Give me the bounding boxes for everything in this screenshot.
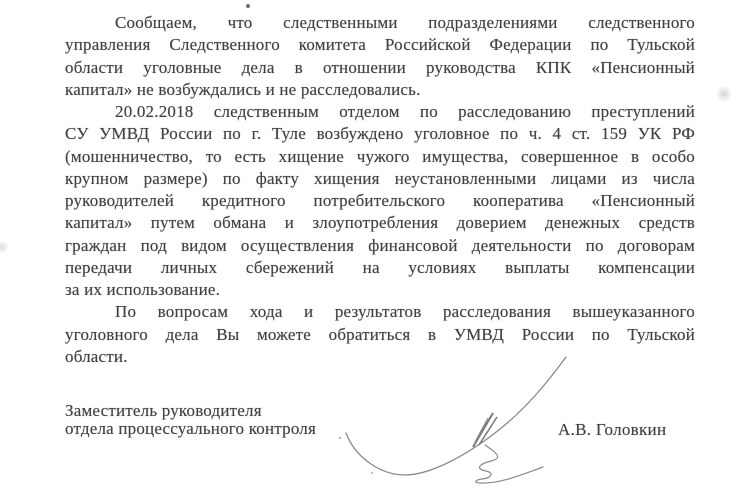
letter-body: Сообщаем, что следственными подразделени… (65, 12, 695, 368)
paragraph-no-cases: Сообщаем, что следственными подразделени… (65, 12, 695, 101)
text-line: граждан под видом осуществления финансов… (65, 235, 695, 257)
handwritten-signature (325, 345, 595, 490)
text-line: передачи личных сбережений на условиях в… (65, 257, 695, 279)
text-line: крупном размере) по факту хищения неуста… (65, 168, 695, 190)
paragraph-criminal-case: 20.02.2018 следственным отделом по рассл… (65, 101, 695, 301)
text-line: капитал» не возбуждались и не расследова… (65, 79, 695, 101)
text-line: 20.02.2018 следственным отделом по рассл… (65, 101, 695, 123)
text-line: области уголовные дела в отношении руков… (65, 57, 695, 79)
scan-smudge (716, 86, 732, 102)
text-line: По вопросам хода и результатов расследов… (65, 301, 695, 323)
text-line: (мошенничество, то есть хищение чужого и… (65, 146, 695, 168)
document-page: Сообщаем, что следственными подразделени… (0, 0, 745, 494)
text-line: капитал» путем обмана и злоупотребления … (65, 212, 695, 234)
text-line: СУ УМВД России по г. Туле возбуждено уго… (65, 123, 695, 145)
text-line: за их использование. (65, 279, 695, 301)
text-line: управления Следственного комитета Россий… (65, 34, 695, 56)
scan-speck (246, 4, 250, 8)
text-line: Сообщаем, что следственными подразделени… (65, 12, 695, 34)
scan-smudge (0, 240, 8, 254)
text-line: руководителей кредитного потребительског… (65, 190, 695, 212)
text-line: уголовного дела Вы можете обратиться в У… (65, 324, 695, 346)
